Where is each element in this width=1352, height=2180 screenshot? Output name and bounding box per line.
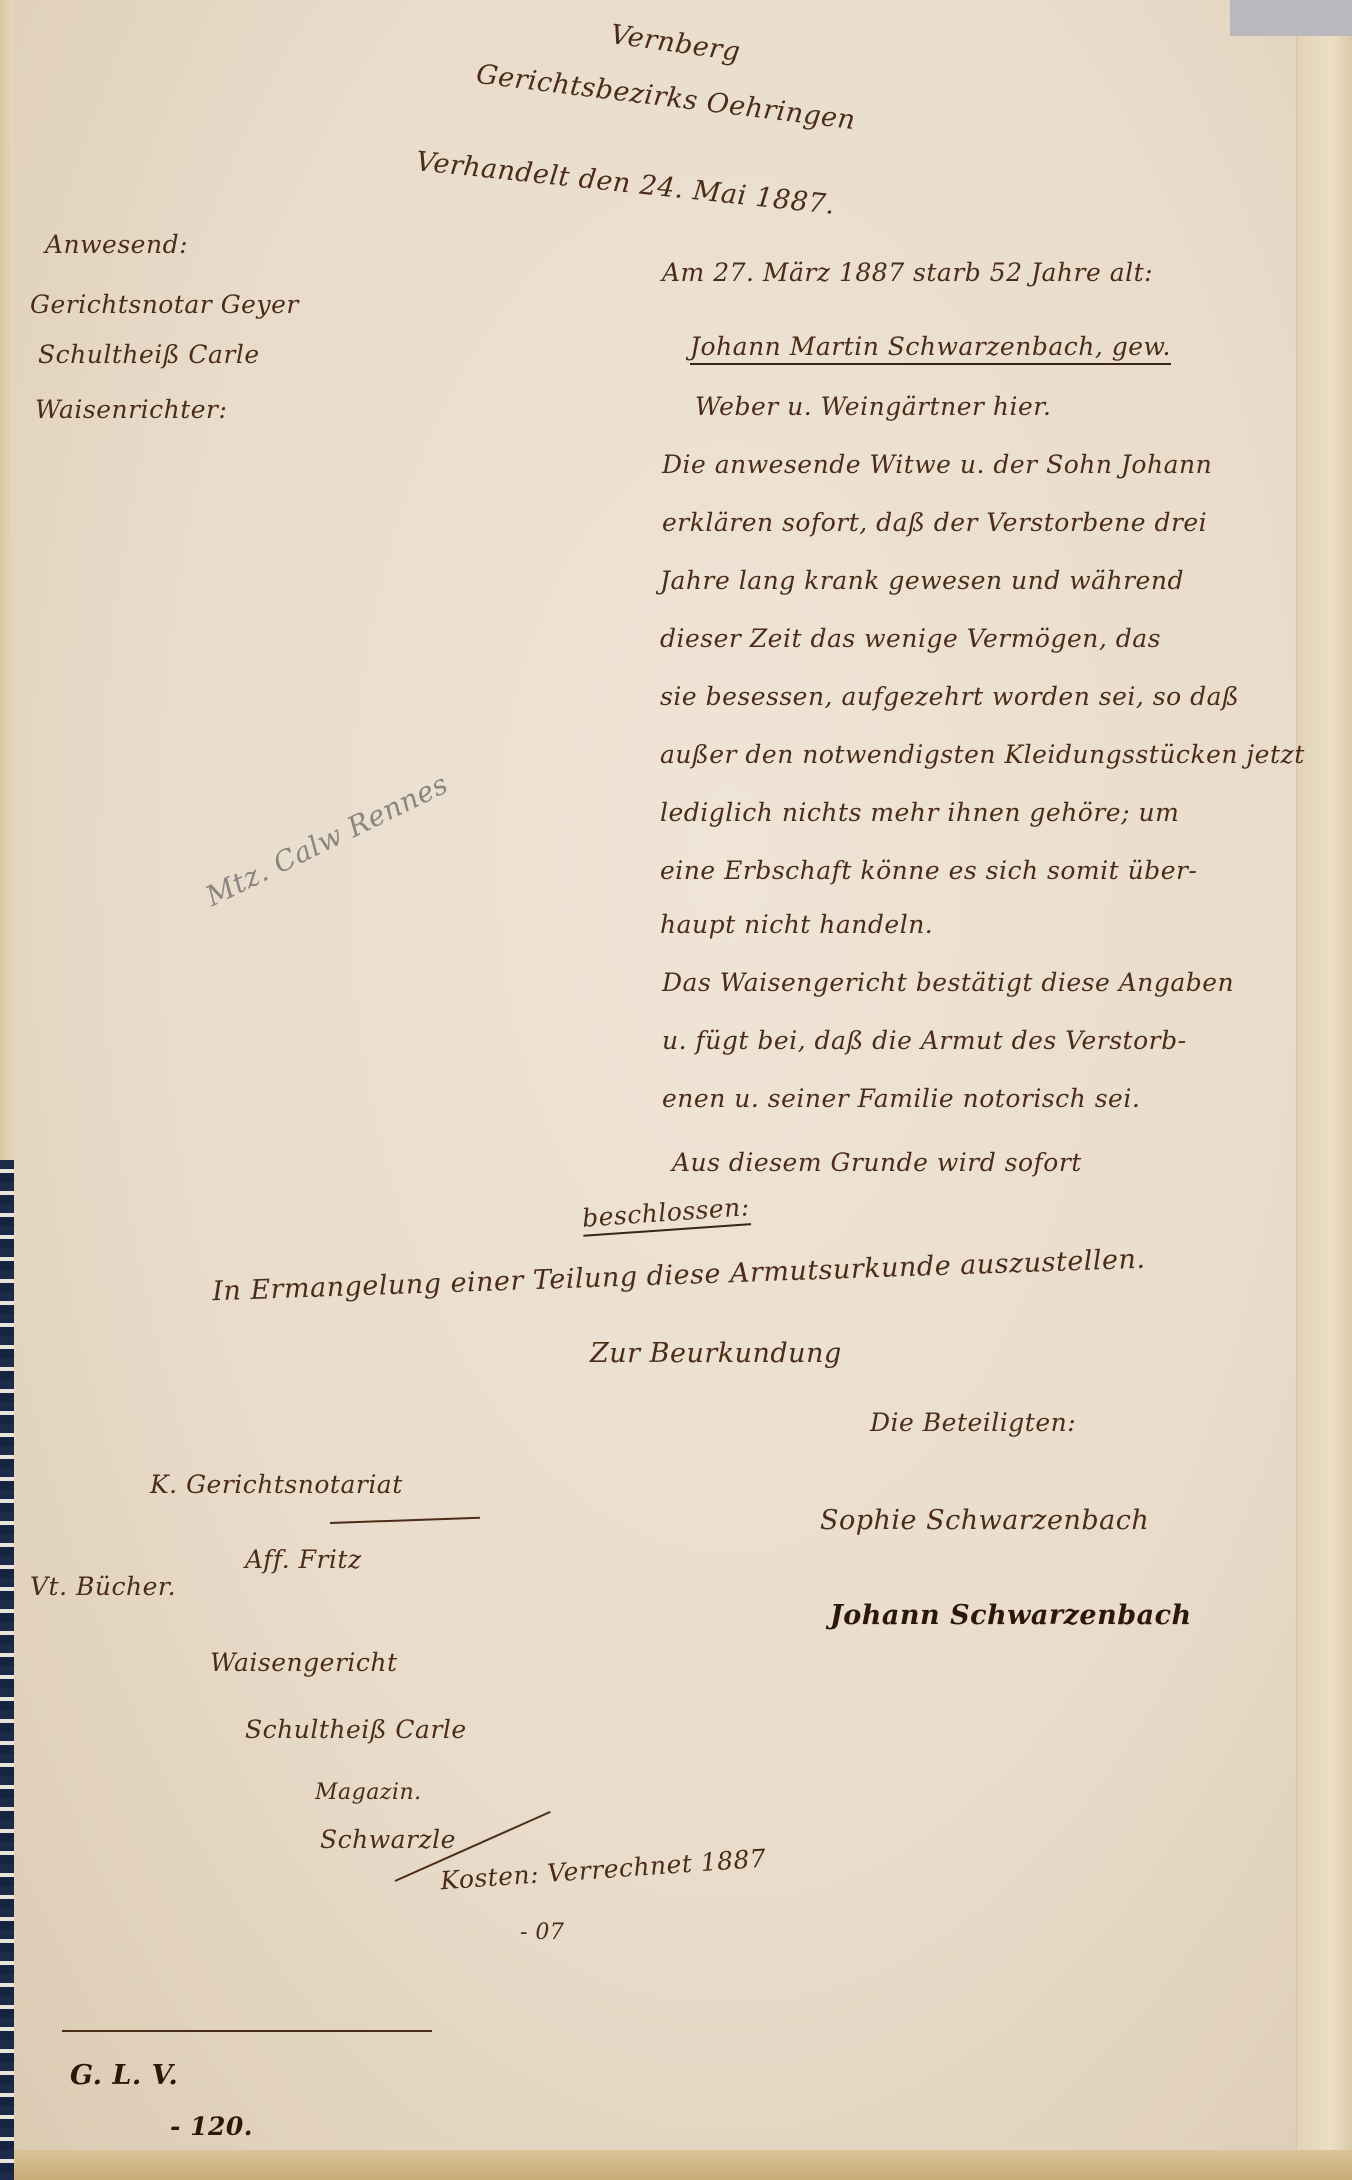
body-line: eine Erbschaft könne es sich somit über- xyxy=(660,856,1197,885)
orphan-court-title: Waisengericht xyxy=(210,1648,398,1677)
member-signature: Schwarzle xyxy=(320,1825,456,1854)
body-line: haupt nicht handeln. xyxy=(660,910,933,939)
left-margin-note: Vt. Bücher. xyxy=(30,1572,176,1601)
footer-mark: G. L. V. xyxy=(70,2060,178,2091)
binding-edge-top xyxy=(0,0,14,1160)
mayor-signature: Schultheiß Carle xyxy=(245,1715,467,1744)
body-line: enen u. seiner Familie notorisch sei. xyxy=(662,1084,1140,1113)
body-line: außer den notwendigsten Kleidungsstücken… xyxy=(660,740,1305,769)
body-line: Die anwesende Witwe u. der Sohn Johann xyxy=(662,450,1212,479)
member-title: Magazin. xyxy=(315,1780,422,1805)
attendee-line-2: Schultheiß Carle xyxy=(38,340,260,369)
attendees-label: Anwesend: xyxy=(45,230,188,259)
attendee-line-1: Gerichtsnotar Geyer xyxy=(30,290,299,319)
background-corner xyxy=(1230,0,1352,36)
footer-number: - 120. xyxy=(170,2112,253,2141)
signature-johann: Johann Schwarzenbach xyxy=(830,1600,1192,1631)
body-line: lediglich nichts mehr ihnen gehöre; um xyxy=(660,798,1179,827)
page-right-flap xyxy=(1296,30,1352,2180)
document-page xyxy=(14,0,1314,2160)
attendee-line-3: Waisenrichter: xyxy=(35,395,227,424)
notary-title: K. Gerichtsnotariat xyxy=(150,1470,403,1499)
body-line: Aus diesem Grunde wird sofort xyxy=(672,1148,1082,1177)
body-line: Das Waisengericht bestätigt diese Angabe… xyxy=(662,968,1234,997)
body-line: Jahre lang krank gewesen und während xyxy=(660,566,1184,595)
underlined-name: Johann Martin Schwarzenbach, gew. xyxy=(690,332,1171,365)
footer-flourish xyxy=(62,2030,432,2032)
fee-sub: - 07 xyxy=(520,1920,564,1945)
body-line: erklären sofort, daß der Verstorbene dre… xyxy=(662,508,1207,537)
body-line: Johann Martin Schwarzenbach, gew. xyxy=(690,332,1171,361)
body-line: sie besessen, aufgezehrt worden sei, so … xyxy=(660,682,1239,711)
marbled-binding xyxy=(0,1160,14,2180)
certification-label: Zur Beurkundung xyxy=(590,1338,842,1369)
signature-sophie: Sophie Schwarzenbach xyxy=(820,1505,1149,1536)
body-line: Weber u. Weingärtner hier. xyxy=(695,392,1051,421)
body-line: Am 27. März 1887 starb 52 Jahre alt: xyxy=(662,258,1153,287)
body-line: u. fügt bei, daß die Armut des Verstorb- xyxy=(662,1026,1187,1055)
notary-signature: Aff. Fritz xyxy=(245,1545,362,1574)
body-line: dieser Zeit das wenige Vermögen, das xyxy=(660,624,1161,653)
page-bottom-edge xyxy=(14,2150,1352,2180)
parties-label: Die Beteiligten: xyxy=(870,1408,1076,1437)
